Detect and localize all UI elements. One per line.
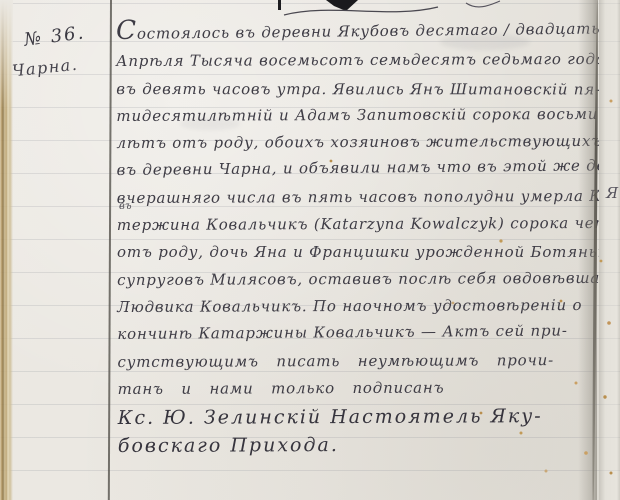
entry-text: Состоялось въ деревни Якубовъ десятаго /… [116, 23, 610, 463]
entry-line: сутствующимъ писать неумѣющимъ прочи- [117, 350, 609, 379]
previous-entry-remnant [270, 0, 600, 22]
binding-edge-fade [0, 0, 13, 110]
entry-line: супруговъ Милясовъ, оставивъ послѣ себя … [117, 269, 609, 298]
foxing-spots [0, 0, 2, 2]
entry-line: вчерашняго числа въ пять часовъ пополудн… [117, 187, 609, 216]
entry-line: отъ роду, дочь Яна и Францишки урожденно… [117, 243, 609, 270]
entry-line: Состоялось въ деревни Якубовъ десятаго /… [116, 19, 608, 52]
interline-insertion: въ [119, 201, 132, 212]
entry-line: танъ и нами только подписанъ [118, 378, 610, 407]
ink-blot [326, 0, 358, 11]
entry-line: въ деревни Чарна, и объявили намъ что въ… [117, 157, 609, 189]
entry-line: кончинѣ Катаржины Ковальчикъ — Актъ сей … [117, 321, 609, 352]
entry-line: тидесятилѣтній и Адамъ Запитовскій сорок… [116, 105, 608, 134]
signature-line: бовскаго Прихода. [118, 433, 610, 463]
ruled-lines [599, 0, 620, 500]
adjacent-page-text-fragment: Я [606, 184, 618, 202]
signature-line: Кс. Ю. Зелинскій Настоятель Яку- [118, 405, 610, 435]
adjacent-page [599, 0, 620, 500]
register-page-scan: № 36. Чарна. Состоялось въ деревни Якубо… [0, 0, 620, 500]
entry-line: Апрѣля Тысяча восемьсотъ семьдесятъ седь… [116, 50, 608, 79]
entry-line: тержина Ковальчикъ (Katarzyna Kowalczyk)… [117, 214, 609, 243]
entry-line: въ девять часовъ утра. Явились Янъ Шитан… [116, 80, 608, 108]
